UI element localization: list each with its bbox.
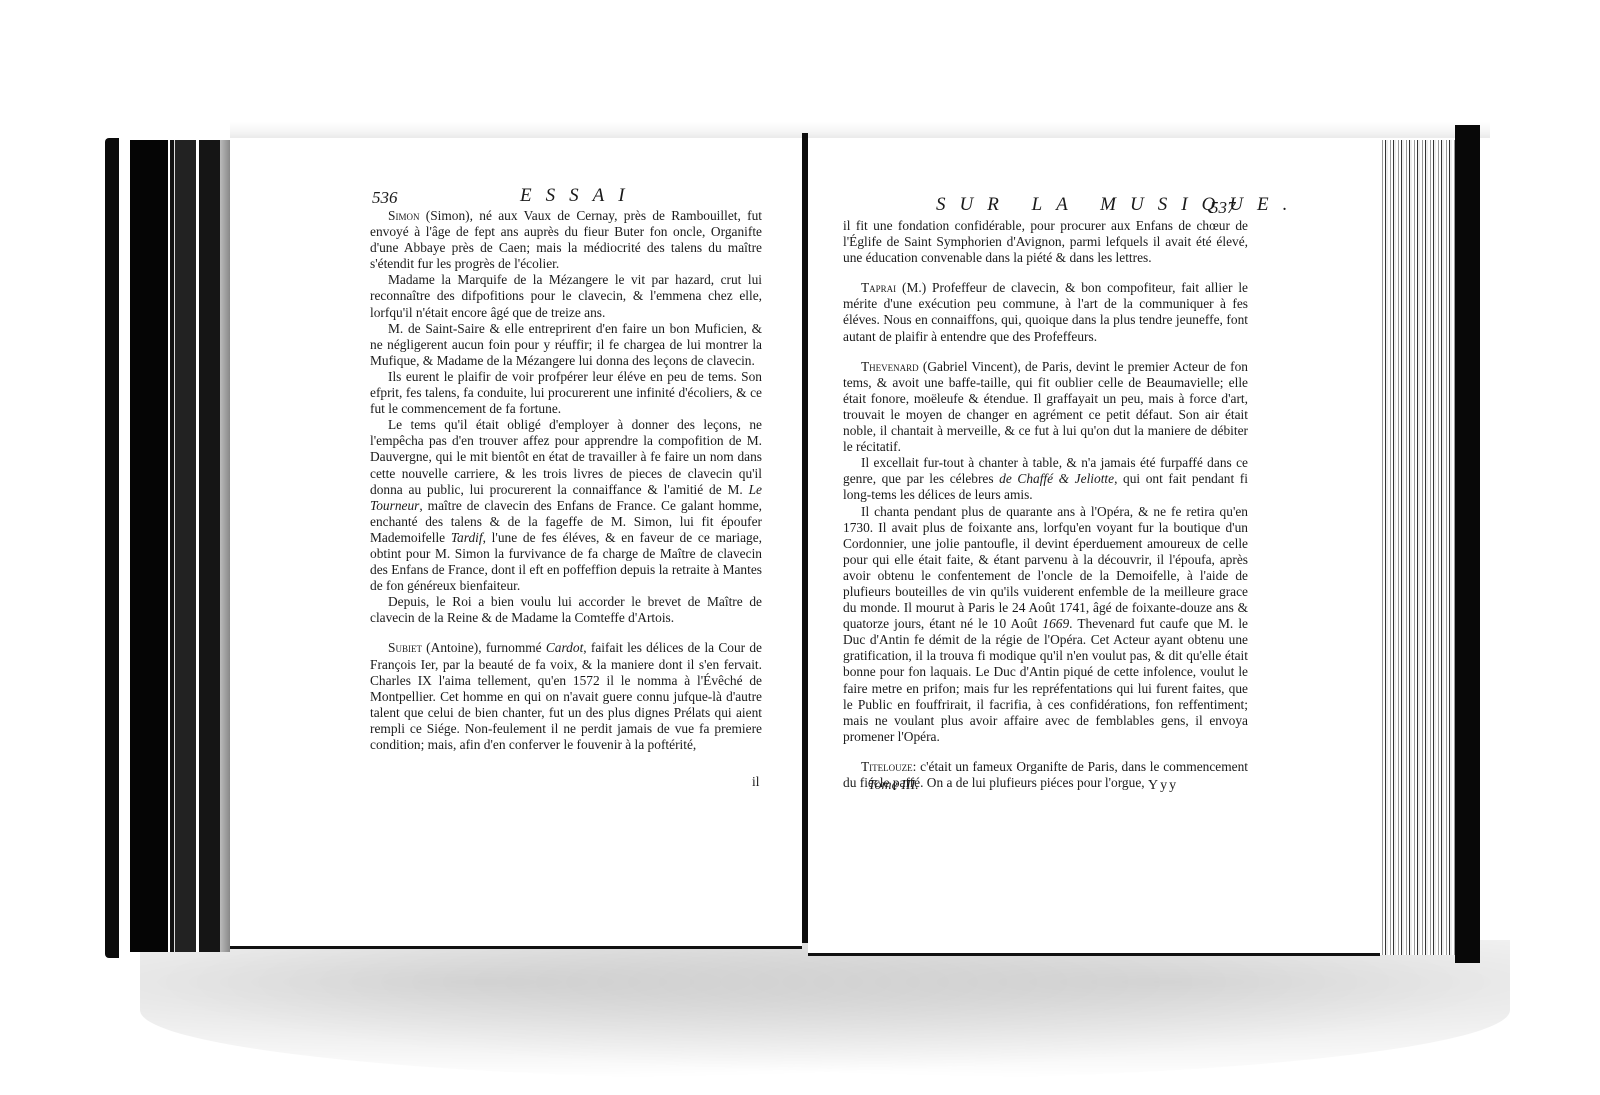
entry-name: Subiet: [388, 640, 422, 655]
running-head: ESSAI: [520, 185, 639, 207]
entry-name: Taprai: [861, 280, 896, 295]
paragraph: Simon (Simon), né aux Vaux de Cernay, pr…: [370, 208, 762, 272]
catchword: il: [752, 774, 759, 790]
italic-name: Le Tourneur: [370, 482, 762, 513]
paragraph: M. de Saint-Saire & elle entreprirent d'…: [370, 321, 762, 369]
italic-name: Tardif: [451, 530, 483, 545]
paragraph: Il excellait fur-tout à chanter à table,…: [843, 455, 1248, 503]
entry-name: Titelouze: [861, 759, 913, 774]
paragraph: Le tems qu'il était obligé d'employer à …: [370, 417, 762, 594]
paragraph: Depuis, le Roi a bien voulu lui accorder…: [370, 594, 762, 626]
paragraph: Madame la Marquife de la Mézangere le vi…: [370, 272, 762, 320]
running-head: SUR LA MUSIQUE.: [936, 194, 1301, 216]
paragraph: Subiet (Antoine), furnommé Cardot, faifa…: [370, 640, 762, 753]
table-shadow: [140, 940, 1510, 1080]
left-page: 536 ESSAI Simon (Simon), né aux Vaux de …: [230, 138, 802, 949]
volume-footer: Tome III.: [868, 778, 919, 794]
page-text: Simon (Simon), né aux Vaux de Cernay, pr…: [370, 208, 762, 753]
italic-name: 1669: [1042, 616, 1069, 631]
signature-mark: Yyy: [1148, 778, 1178, 794]
page-number: 537: [1210, 198, 1236, 218]
left-page-edges: [130, 140, 230, 952]
italic-name: Cardot: [546, 640, 583, 655]
top-page-edge: [230, 122, 1490, 138]
paragraph: il fit une fondation confidérable, pour …: [843, 218, 1248, 266]
page-number: 536: [372, 188, 398, 208]
entry-name: Thevenard: [861, 359, 919, 374]
right-page-edges: [1380, 140, 1455, 955]
entry-name: Simon: [388, 208, 419, 223]
paragraph: Il chanta pendant plus de quarante ans à…: [843, 504, 1248, 745]
paragraph: Thevenard (Gabriel Vincent), de Paris, d…: [843, 359, 1248, 456]
paragraph: Taprai (M.) Profeffeur de clavecin, & bo…: [843, 280, 1248, 344]
paragraph: Ils eurent le plaifir de voir profpérer …: [370, 369, 762, 417]
right-page: SUR LA MUSIQUE. 537 il fit une fondation…: [808, 138, 1380, 956]
page-text: il fit une fondation confidérable, pour …: [843, 218, 1248, 791]
left-book-cover: [105, 138, 119, 958]
italic-name: de Chaffé & Jeliotte: [999, 471, 1114, 486]
right-book-cover: [1455, 125, 1480, 963]
